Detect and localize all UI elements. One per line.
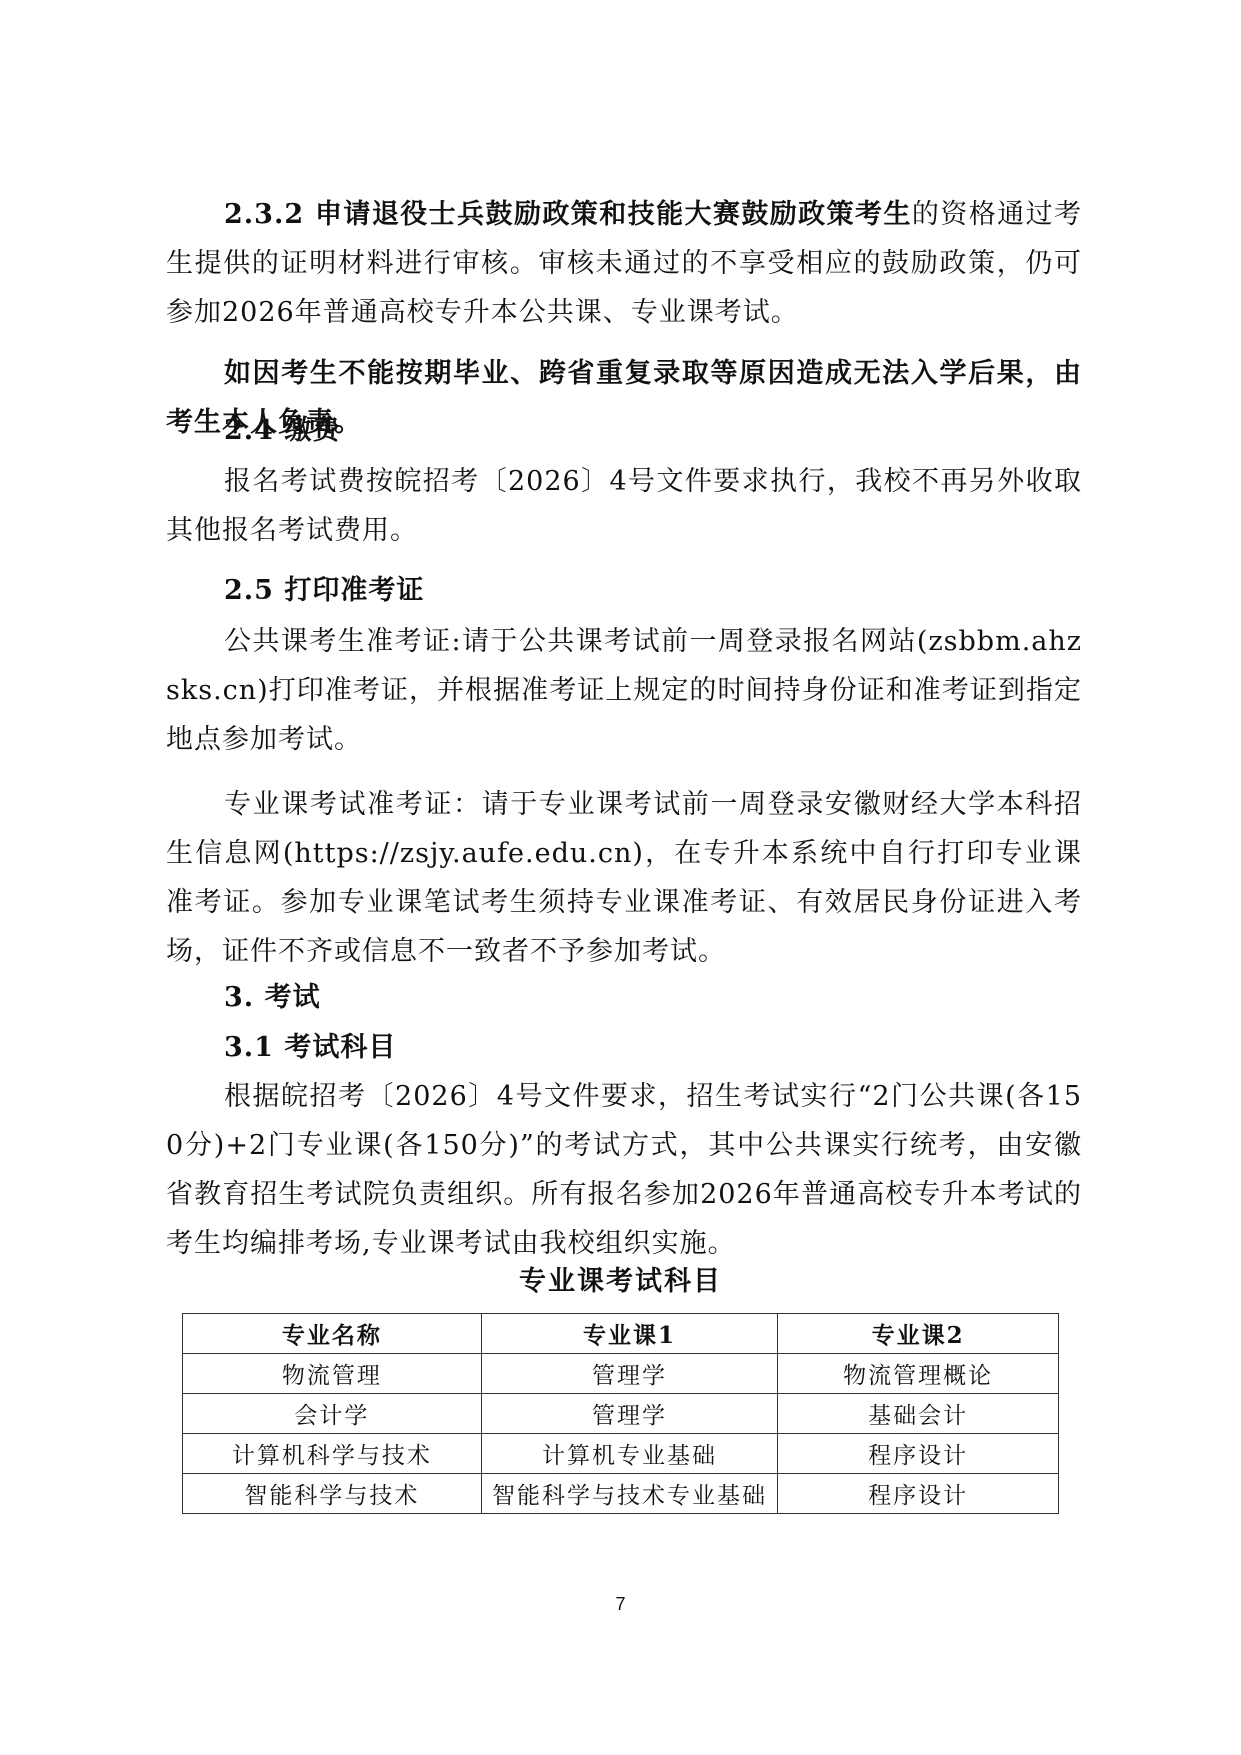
- heading-2-3-2: 2.3.2 申请退役士兵鼓励政策和技能大赛鼓励政策考生: [224, 199, 912, 230]
- cell-course-2: 基础会计: [778, 1394, 1059, 1434]
- table-row: 智能科学与技术 智能科学与技术专业基础 程序设计: [183, 1474, 1059, 1514]
- heading-3: 3. 考试: [224, 973, 321, 1022]
- paragraph-2-4: 报名考试费按皖招考〔2026〕4号文件要求执行，我校不再另外收取其他报名考试费用…: [166, 457, 1082, 555]
- header-course-2: 专业课2: [778, 1314, 1059, 1354]
- cell-major: 智能科学与技术: [183, 1474, 482, 1514]
- document-page: 2.3.2 申请退役士兵鼓励政策和技能大赛鼓励政策考生的资格通过考生提供的证明材…: [0, 0, 1241, 1755]
- heading-2-4: 2.4 缴费: [224, 406, 340, 455]
- subjects-table: 专业名称 专业课1 专业课2 物流管理 管理学 物流管理概论 会计学 管理学 基…: [182, 1313, 1059, 1514]
- cell-course-2: 物流管理概论: [778, 1354, 1059, 1394]
- cell-course-2: 程序设计: [778, 1434, 1059, 1474]
- cell-major: 物流管理: [183, 1354, 482, 1394]
- header-course-1: 专业课1: [481, 1314, 778, 1354]
- table-title: 专业课考试科目: [0, 1262, 1241, 1302]
- page-number: 7: [0, 1594, 1241, 1615]
- cell-course-1: 计算机专业基础: [481, 1434, 778, 1474]
- paragraph-public-admission-ticket: 公共课考生准考证:请于公共课考试前一周登录报名网站(zsbbm.ahzsks.c…: [166, 617, 1082, 764]
- header-major-name: 专业名称: [183, 1314, 482, 1354]
- table-row: 会计学 管理学 基础会计: [183, 1394, 1059, 1434]
- paragraph-3-1: 根据皖招考〔2026〕4号文件要求，招生考试实行“2门公共课(各150分)+2门…: [166, 1072, 1082, 1268]
- cell-major: 会计学: [183, 1394, 482, 1434]
- table-row: 物流管理 管理学 物流管理概论: [183, 1354, 1059, 1394]
- heading-2-5: 2.5 打印准考证: [224, 566, 424, 615]
- cell-course-2: 程序设计: [778, 1474, 1059, 1514]
- cell-course-1: 管理学: [481, 1354, 778, 1394]
- cell-major: 计算机科学与技术: [183, 1434, 482, 1474]
- cell-course-1: 管理学: [481, 1394, 778, 1434]
- paragraph-2-3-2: 2.3.2 申请退役士兵鼓励政策和技能大赛鼓励政策考生的资格通过考生提供的证明材…: [166, 190, 1082, 337]
- cell-course-1: 智能科学与技术专业基础: [481, 1474, 778, 1514]
- table-row: 计算机科学与技术 计算机专业基础 程序设计: [183, 1434, 1059, 1474]
- heading-3-1: 3.1 考试科目: [224, 1023, 396, 1072]
- paragraph-major-admission-ticket: 专业课考试准考证：请于专业课考试前一周登录安徽财经大学本科招生信息网(https…: [166, 780, 1082, 976]
- table-header-row: 专业名称 专业课1 专业课2: [183, 1314, 1059, 1354]
